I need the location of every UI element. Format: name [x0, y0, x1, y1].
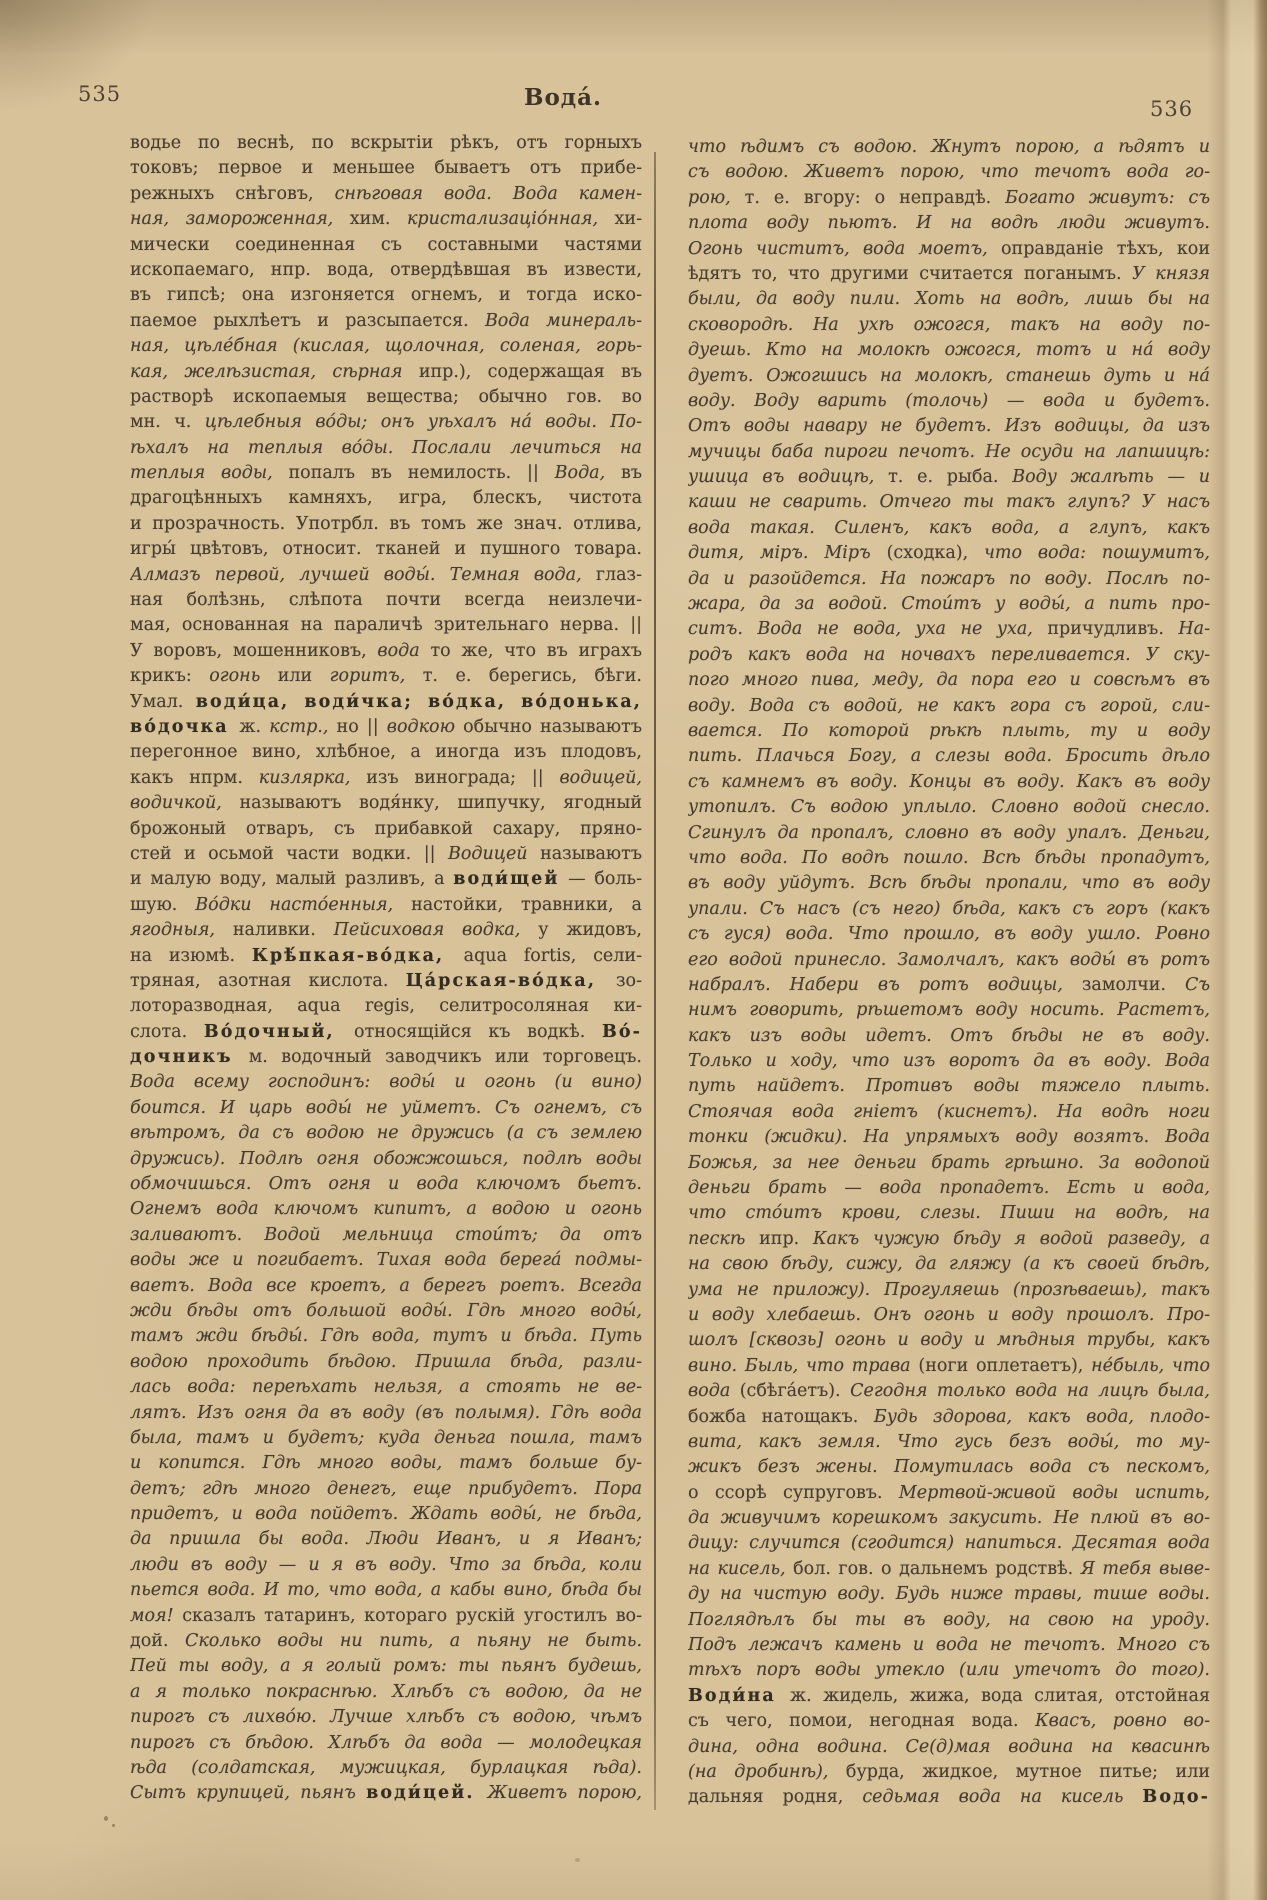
body-text: огонь: [209, 666, 277, 686]
body-text: оправданіе тѣхъ, кои: [1001, 239, 1210, 259]
body-text: пирогъ съ бѣдою. Хлѣбъ да вода — молодец…: [130, 1733, 642, 1753]
text-line: Алмазъ первой, лучшей воды́. Темная вода…: [130, 563, 642, 588]
text-line: какъ нпрм. кизлярка, изъ винограда; || в…: [130, 766, 642, 791]
body-text: стей и осьмой части водки. ||: [130, 844, 448, 864]
body-text: вода такая. Силенъ, какъ вода, а глупъ, …: [688, 518, 1210, 538]
body-text: На-: [1178, 619, 1210, 639]
body-text: пьется вода. И то, что вода, а кабы вино…: [130, 1580, 642, 1600]
body-text: вается. По которой рѣкѣ плыть, ту и воду: [688, 721, 1210, 741]
text-line: лоторазводная, aqua regis, селитросоляна…: [130, 994, 642, 1019]
body-text: деньги брать — вода пропадетъ. Есть и во…: [688, 1178, 1210, 1198]
body-text: У воровъ, мошенниковъ,: [130, 641, 377, 661]
body-text: попалъ въ немилость. ||: [289, 463, 555, 483]
text-line: ушица въ водицѣ, т. е. рыба. Воду жалѣть…: [688, 465, 1210, 490]
body-text: что вода. По водѣ пошло. Всѣ бѣды пропад…: [688, 848, 1210, 868]
body-text: Богато живутъ: съ: [1005, 188, 1210, 208]
text-line: режныхъ снѣговъ, снѣговая вода. Вода кам…: [130, 182, 642, 207]
body-text: мучицы баба пироги печотъ. Не осуди на л…: [688, 442, 1210, 462]
body-text: моя!: [130, 1606, 182, 1626]
body-text: м. водочный заводчикъ или торговецъ.: [249, 1047, 642, 1067]
body-text: дицу: случится (сгодится) напиться. Деся…: [688, 1533, 1210, 1553]
body-text: дитя, міръ. Міръ: [688, 543, 887, 563]
text-line: водичкой, называютъ водя́нку, шипучку, я…: [130, 791, 642, 816]
body-text: плота воду пьютъ. И на водѣ люди живутъ.: [688, 213, 1210, 233]
body-text: лоторазводная, aqua regis, селитросоляна…: [130, 996, 642, 1016]
body-text: ѣхалъ на теплыя во́ды. Послали лечиться …: [130, 438, 642, 458]
text-line: пирогъ съ бѣдою. Хлѣбъ да вода — молодец…: [130, 1731, 642, 1756]
body-text: бурда, жидкое, мутное питье; или: [846, 1762, 1210, 1782]
body-text: боится. И царь воды́ не уйметъ. Съ огнем…: [130, 1098, 642, 1118]
text-line: и копится. Гдѣ много воды, тамъ больше б…: [130, 1451, 642, 1476]
body-text: воду. Вода съ водой, не какъ гора съ гор…: [688, 696, 1210, 716]
body-text: водкою: [387, 717, 463, 737]
text-line: дочникъ м. водочный заводчикъ или торгов…: [130, 1045, 642, 1070]
body-text: Будь здорова, какъ вода, плодо-: [874, 1407, 1210, 1427]
body-text: дуешь. Кто на молокѣ ожогся, тотъ и на́ …: [688, 340, 1210, 360]
body-text: шую.: [130, 895, 195, 915]
column-divider-rule: [654, 152, 656, 1810]
body-text: паемое рыхлѣетъ и разсыпается.: [130, 311, 485, 331]
body-text: упали. Съ насъ (съ него) бѣда, какъ съ г…: [688, 899, 1210, 919]
body-text: Стоячая вода гніетъ (киснетъ). На водѣ н…: [688, 1102, 1210, 1122]
ink-speck: [104, 1816, 108, 1821]
body-text: настойки, травники, а: [411, 895, 642, 915]
body-text: (сбѣга́етъ).: [740, 1381, 850, 1401]
text-line: драгоцѣнныхъ камняхъ, игра, блескъ, чист…: [130, 486, 642, 511]
body-text: путь найдетъ. Противъ воды тяжело плыть.: [688, 1076, 1210, 1096]
body-text: Поглядѣлъ бы ты въ воду, на свою на урод…: [688, 1610, 1210, 1630]
text-line: рою, т. е. вгору: о неправдѣ. Богато жив…: [688, 186, 1210, 211]
headword-text: Во́-: [602, 1022, 642, 1042]
body-text: ипр.: [759, 1229, 813, 1249]
text-line: плота воду пьютъ. И на водѣ люди живутъ.: [688, 211, 1210, 236]
text-line: дицу: случится (сгодится) напиться. Деся…: [688, 1531, 1210, 1556]
body-text: дружись). Подлѣ огня обожжошься, подлѣ в…: [130, 1149, 642, 1169]
body-text: сказалъ татаринъ, котораго рускій угости…: [182, 1606, 642, 1626]
text-line: съ гуся) вода. Что прошло, въ воду ушло.…: [688, 922, 1210, 947]
body-text: У князя: [1132, 264, 1210, 284]
body-text: Вода,: [555, 463, 621, 483]
text-line: шую. Во́дки насто́енныя, настойки, травн…: [130, 893, 642, 918]
text-line: каши не сварить. Отчего ты такъ глупъ? У…: [688, 490, 1210, 515]
body-text: вѣтромъ, да съ водою не дружись (а съ зе…: [130, 1123, 642, 1143]
body-text: заливаютъ. Водой мельница стои́тъ; да от…: [130, 1225, 642, 1245]
text-line: о ссорѣ супруговъ. Мертвой-живой воды ис…: [688, 1481, 1210, 1506]
headword-text: води́ца, води́чка; во́дка, во́донька,: [196, 692, 642, 712]
text-line: ду на чистую воду. Будь ниже травы, тише…: [688, 1582, 1210, 1607]
body-text: крикъ:: [130, 666, 209, 686]
text-line: были, да воду пили. Хоть на водѣ, лишь б…: [688, 287, 1210, 312]
body-text: утопилъ. Съ водою уплыло. Словно водой с…: [688, 797, 1210, 817]
text-line: Только и ходу, что изъ воротъ да въ воду…: [688, 1049, 1210, 1074]
text-line: Сгинулъ да пропалъ, словно въ воду упалъ…: [688, 821, 1210, 846]
body-text: кристализаціо́нная,: [407, 209, 615, 229]
body-text: Во́дки насто́енныя,: [195, 895, 411, 915]
body-text: лась вода: переѣхать нельзя, а стоять не…: [130, 1377, 642, 1397]
body-text: ная болѣзнь, слѣпота почти всегда неизле…: [130, 590, 642, 610]
body-text: Съ: [1185, 975, 1210, 995]
body-text: придетъ, и вода пойдетъ. Ждать воды́, не…: [130, 1504, 642, 1524]
ink-speck: [575, 1858, 580, 1862]
body-text: изъ винограда; ||: [366, 768, 559, 788]
body-text: ипр.), содержащая въ: [419, 362, 642, 382]
text-line: и прозрачность. Употрбл. въ томъ же знач…: [130, 512, 642, 537]
body-text: Сытъ крупицей, пьянъ: [130, 1783, 366, 1803]
body-text: Алмазъ первой, лучшей воды́. Темная вода…: [130, 565, 596, 585]
body-text: игры́ цвѣтовъ, относит. тканей и пушного…: [130, 539, 642, 559]
ink-speck: [112, 1824, 115, 1827]
text-line: Огнемъ вода ключомъ кипитъ, а водою и ог…: [130, 1197, 642, 1222]
text-line: Пей ты воду, а я голый ромъ: ты пьянъ бу…: [130, 1654, 642, 1679]
body-text: воду. Воду варить (толочь) — вода и буде…: [688, 391, 1210, 411]
text-line: ѣхалъ на теплыя во́ды. Послали лечиться …: [130, 436, 642, 461]
body-text: у жидовъ,: [538, 920, 642, 940]
text-line: Огонь чиститъ, вода моетъ, оправданіе тѣ…: [688, 237, 1210, 262]
text-line: Стоячая вода гніетъ (киснетъ). На водѣ н…: [688, 1100, 1210, 1125]
body-text: Только и ходу, что изъ воротъ да въ воду…: [688, 1051, 1210, 1071]
text-line: мически соединенная съ составными частям…: [130, 233, 642, 258]
text-line: Сытъ крупицей, пьянъ води́цей. Живетъ по…: [130, 1781, 642, 1806]
body-text: Пей ты воду, а я голый ромъ: ты пьянъ бу…: [130, 1656, 642, 1676]
text-line: дуешь. Кто на молокѣ ожогся, тотъ и на́ …: [688, 338, 1210, 363]
text-line: Подъ лежачъ камень и вода не течотъ. Мно…: [688, 1633, 1210, 1658]
body-text: не́быль, что: [1091, 1356, 1210, 1376]
text-line: ная, цѣле́бная (кислая, щолочная, солена…: [130, 334, 642, 359]
text-line: набралъ. Набери въ ротъ водицы, замолчи.…: [688, 973, 1210, 998]
body-text: съ гуся) вода. Что прошло, въ воду ушло.…: [688, 924, 1210, 944]
body-text: Водицей: [448, 844, 540, 864]
text-line: водою проходить бѣдою. Пришла бѣда, разл…: [130, 1350, 642, 1375]
text-line: съ чего, помои, негодная вода. Квасъ, ро…: [688, 1709, 1210, 1734]
body-text: снѣговая вода. Вода камен-: [335, 184, 642, 204]
text-line: жара, да за водой. Стои́тъ у воды́, а пи…: [688, 592, 1210, 617]
body-text: относящійся къ водкѣ.: [354, 1022, 602, 1042]
body-text: Отъ воды навару не будетъ. Изъ водицы, д…: [688, 416, 1210, 436]
body-text: ума не приложу). Прогуляешь (прозѣваешь)…: [688, 1280, 1210, 1300]
text-line: нимъ говорить, рѣшетомъ воду носить. Рас…: [688, 998, 1210, 1023]
text-line: Води́на ж. жидель, жижа, вода слитая, от…: [688, 1684, 1210, 1709]
body-text: Сколько воды ни пить, а пьяну не быть.: [185, 1631, 642, 1651]
text-line: тряная, азотная кислота. Ца́рская-во́дка…: [130, 969, 642, 994]
body-text: жикъ безъ жены. Помутилась вода съ песко…: [688, 1457, 1210, 1477]
right-column-text: что ѣдимъ съ водою. Жнутъ порою, а ѣдятъ…: [688, 135, 1210, 1811]
body-text: дина, одна водина. Се(д)мая водина на кв…: [688, 1737, 1210, 1757]
text-line: ная, замороженная, хим. кристализаціо́нн…: [130, 207, 642, 232]
body-text: тряная, азотная кислота.: [130, 971, 406, 991]
text-line: тонки (жидки). На упрямыхъ воду возятъ. …: [688, 1125, 1210, 1150]
text-line: божба натощакъ. Будь здорова, какъ вода,…: [688, 1405, 1210, 1430]
body-text: шолъ [сквозь] огонь и воду и мѣдныя труб…: [688, 1330, 1210, 1350]
body-text: жара, да за водой. Стои́тъ у воды́, а пи…: [688, 594, 1210, 614]
text-line: ягодныя, наливки. Пейсиховая водка, у жи…: [130, 918, 642, 943]
text-line: лятъ. Изъ огня да въ воду (въ полымя). Г…: [130, 1401, 642, 1426]
body-text: водицей,: [560, 768, 642, 788]
text-line: на кисель, бол. гов. о дальнемъ родствѣ.…: [688, 1557, 1210, 1582]
running-title: Вода́.: [524, 84, 602, 111]
body-text: пить. Плачься Богу, а слезы вода. Бросит…: [688, 746, 1210, 766]
body-text: какъ нпрм.: [130, 768, 259, 788]
body-text: теплыя воды,: [130, 463, 289, 483]
text-line: Отъ воды навару не будетъ. Изъ водицы, д…: [688, 414, 1210, 439]
page-number-left: 535: [78, 82, 121, 106]
body-text: о ссорѣ супруговъ.: [688, 1483, 899, 1503]
body-text: а я только покраснѣю. Хлѣбъ съ водою, да…: [130, 1682, 642, 1702]
headword-text: води́цей.: [366, 1783, 487, 1803]
body-text: мая, основанная на параличѣ зрительнаго …: [130, 615, 642, 635]
text-line: какъ изъ воды идетъ. Отъ бѣды не въ воду…: [688, 1024, 1210, 1049]
body-text: ситъ. Вода не вода, уха не уха,: [688, 619, 1047, 639]
body-text: (на дробинѣ),: [688, 1762, 846, 1782]
text-line: тѣхъ поръ воды утекло (или утечотъ до то…: [688, 1658, 1210, 1683]
text-line: съ водою. Живетъ порою, что течотъ вода …: [688, 160, 1210, 185]
body-text: Сгинулъ да пропалъ, словно въ воду упалъ…: [688, 823, 1210, 843]
text-line: дуетъ. Ожогшись на молокѣ, станешь дуть …: [688, 364, 1210, 389]
body-text: Божья, за нее деньги брать грѣшно. За во…: [688, 1153, 1210, 1173]
text-line: слота. Во́дочный, относящійся къ водкѣ. …: [130, 1020, 642, 1045]
text-line: во́дочка ж. кстр., но || водкою обычно н…: [130, 715, 642, 740]
body-text: Мертвой-живой воды испить,: [899, 1483, 1210, 1503]
text-line: дитя, міръ. Міръ (сходка), что вода: пош…: [688, 541, 1210, 566]
headword-text: води́щей: [453, 869, 559, 889]
text-line: упали. Съ насъ (съ него) бѣда, какъ съ г…: [688, 897, 1210, 922]
body-text: въ воду уйдутъ. Всѣ бѣды пропали, что въ…: [688, 873, 1210, 893]
body-text: лятъ. Изъ огня да въ воду (въ полымя). Г…: [130, 1403, 642, 1423]
body-text: рою,: [688, 188, 745, 208]
scanned-page: 535 Вода́. 536 водье по веснѣ, по вскрыт…: [0, 0, 1267, 1900]
headword-text: Во́дочный,: [204, 1022, 354, 1042]
text-line: что вода. По водѣ пошло. Всѣ бѣды пропад…: [688, 846, 1210, 871]
body-text: тонки (жидки). На упрямыхъ воду возятъ. …: [688, 1127, 1210, 1147]
text-line: кая, желѣзистая, сѣрная ипр.), содержаща…: [130, 360, 642, 385]
text-line: была, тамъ и будетъ; куда деньга пошла, …: [130, 1426, 642, 1451]
text-line: воды же и погибаетъ. Тихая вода берега́ …: [130, 1248, 642, 1273]
body-text: съ чего, помои, негодная вода.: [688, 1711, 1035, 1731]
body-text: токовъ; первое и меньшее бываетъ отъ при…: [130, 158, 642, 178]
body-text: горитъ,: [330, 666, 423, 686]
body-text: его водой принесло. Замолчалъ, какъ воды…: [688, 950, 1210, 970]
body-text: Воду жалѣть — и: [1012, 467, 1210, 487]
body-text: съ водою. Живетъ порою, что течотъ вода …: [688, 162, 1210, 182]
text-line: лась вода: переѣхать нельзя, а стоять не…: [130, 1375, 642, 1400]
body-text: кая, желѣзистая, сѣрная: [130, 362, 419, 382]
text-line: воду. Вода съ водой, не какъ гора съ гор…: [688, 694, 1210, 719]
body-text: (сходка),: [887, 543, 984, 563]
text-line: вода такая. Силенъ, какъ вода, а глупъ, …: [688, 516, 1210, 541]
text-line: родъ какъ вода на ночвахъ переливается. …: [688, 643, 1210, 668]
body-text: Пейсиховая водка,: [334, 920, 539, 940]
text-line: ситъ. Вода не вода, уха не уха, причудли…: [688, 617, 1210, 642]
body-text: кстр.,: [269, 717, 336, 737]
body-text: ваетъ. Вода все кроетъ, а берегъ роетъ. …: [130, 1276, 642, 1296]
body-text: да живучимъ корешкомъ закусить. Не плюй …: [688, 1508, 1210, 1528]
body-text: нимъ говорить, рѣшетомъ воду носить. Рас…: [688, 1000, 1210, 1020]
text-line: заливаютъ. Водой мельница стои́тъ; да от…: [130, 1223, 642, 1248]
body-text: пескѣ: [688, 1229, 759, 1249]
body-text: и прозрачность. Употрбл. въ томъ же знач…: [130, 514, 642, 534]
text-line: въ гипсѣ; она изгоняется огнемъ, и тогда…: [130, 283, 642, 308]
text-line: брожоный отваръ, съ прибавкой сахару, пр…: [130, 817, 642, 842]
text-line: его водой принесло. Замолчалъ, какъ воды…: [688, 948, 1210, 973]
text-line: ѣдятъ то, что другими считается поганымъ…: [688, 262, 1210, 287]
body-text: жди бѣды отъ большой воды́. Гдѣ много во…: [130, 1301, 642, 1321]
body-text: Подъ лежачъ камень и вода не течотъ. Мно…: [688, 1635, 1210, 1655]
body-text: на свою бѣду, сижу, да гляжу (а къ своей…: [688, 1254, 1210, 1274]
text-line: утопилъ. Съ водою уплыло. Словно водой с…: [688, 795, 1210, 820]
text-line: деньги брать — вода пропадетъ. Есть и во…: [688, 1176, 1210, 1201]
text-line: на свою бѣду, сижу, да гляжу (а къ своей…: [688, 1252, 1210, 1277]
text-line: Вода всему господинъ: воды́ и огонь (и в…: [130, 1070, 642, 1095]
text-line: водье по веснѣ, по вскрытіи рѣкъ, отъ го…: [130, 131, 642, 156]
body-text: Умал.: [130, 692, 196, 712]
text-line: ваетъ. Вода все кроетъ, а берегъ роетъ. …: [130, 1274, 642, 1299]
text-line: да живучимъ корешкомъ закусить. Не плюй …: [688, 1506, 1210, 1531]
text-line: что ѣдимъ съ водою. Жнутъ порою, а ѣдятъ…: [688, 135, 1210, 160]
body-text: тамъ жди бѣды́. Гдѣ вода, тутъ и бѣда. П…: [130, 1326, 642, 1346]
body-text: водичкой,: [130, 793, 239, 813]
body-text: мн. ч.: [130, 412, 205, 432]
body-text: ж.: [239, 717, 269, 737]
body-text: растворѣ ископаемыя вещества; обычно гов…: [130, 387, 642, 407]
body-text: седьмая вода на кисель: [862, 1787, 1142, 1807]
text-line: токовъ; первое и меньшее бываетъ отъ при…: [130, 156, 642, 181]
body-text: Живетъ порою,: [487, 1783, 642, 1803]
text-line: дина, одна водина. Се(д)мая водина на кв…: [688, 1735, 1210, 1760]
text-line: обмочишься. Отъ огня и вода ключомъ бьет…: [130, 1172, 642, 1197]
body-text: кизлярка,: [259, 768, 366, 788]
body-text: ѣдятъ то, что другими считается поганымъ…: [688, 264, 1132, 284]
body-text: водою проходить бѣдою. Пришла бѣда, разл…: [130, 1352, 642, 1372]
text-line: да и разойдется. На пожаръ по воду. Посл…: [688, 567, 1210, 592]
body-text: съ камнемъ въ воду. Концы въ воду. Какъ …: [688, 772, 1210, 792]
left-column-text: водье по веснѣ, по вскрытіи рѣкъ, отъ го…: [130, 131, 642, 1807]
body-text: пирогъ съ лихво́ю. Лучше хлѣбъ съ водою,…: [130, 1707, 642, 1727]
body-text: т. е. вгору: о неправдѣ.: [745, 188, 1005, 208]
body-text: брожоный отваръ, съ прибавкой сахару, пр…: [130, 819, 642, 839]
body-text: драгоцѣнныхъ камняхъ, игра, блескъ, чист…: [130, 488, 642, 508]
text-line: дружись). Подлѣ огня обожжошься, подлѣ в…: [130, 1147, 642, 1172]
body-text: причудливъ.: [1047, 619, 1178, 639]
text-line: что сто́итъ крови, слезы. Пиши на водѣ, …: [688, 1201, 1210, 1226]
text-line: игры́ цвѣтовъ, относит. тканей и пушного…: [130, 537, 642, 562]
body-text: замолчи.: [1082, 975, 1185, 995]
body-text: въ: [621, 463, 642, 483]
body-text: называютъ водя́нку, шипучку, ягодный: [239, 793, 642, 813]
body-text: т. е. рыба.: [888, 467, 1012, 487]
body-text: тѣхъ поръ воды утекло (или утечотъ до то…: [688, 1660, 1210, 1680]
text-line: а я только покраснѣю. Хлѣбъ съ водою, да…: [130, 1680, 642, 1705]
text-line: ископаемаго, нпр. вода, отвердѣвшая въ и…: [130, 258, 642, 283]
text-line: паемое рыхлѣетъ и разсыпается. Вода мине…: [130, 309, 642, 334]
text-line: перегонное вино, хлѣбное, а иногда изъ п…: [130, 740, 642, 765]
text-line: люди въ воду — и я въ воду. Что за бѣда,…: [130, 1553, 642, 1578]
headword-text: во́дочка: [130, 717, 239, 737]
body-text: т. е. берегись, бѣги.: [423, 666, 642, 686]
body-text: Огнемъ вода ключомъ кипитъ, а водою и ог…: [130, 1199, 642, 1219]
text-line: ѣда (солдатская, мужицкая, бурлацкая ѣда…: [130, 1756, 642, 1781]
body-text: пого много пива, меду, да пора его и сов…: [688, 670, 1210, 690]
body-text: Вода всему господинъ: воды́ и огонь (и в…: [130, 1072, 642, 1092]
body-text: да пришла бы вода. Люди Иванъ, и я Иванъ…: [130, 1529, 642, 1549]
body-text: наливки.: [233, 920, 334, 940]
text-line: вается. По которой рѣкѣ плыть, ту и воду: [688, 719, 1210, 744]
text-line: придетъ, и вода пойдетъ. Ждать воды́, не…: [130, 1502, 642, 1527]
body-text: вода: [377, 641, 430, 661]
page-number-right: 536: [1150, 97, 1193, 121]
body-text: сковородѣ. На ухѣ ожогся, такъ на воду п…: [688, 315, 1210, 335]
headword-text: Води́на: [688, 1686, 790, 1706]
body-text: Огонь чиститъ, вода моетъ,: [688, 239, 1001, 259]
body-text: но ||: [337, 717, 387, 737]
body-text: aqua fortis, сели-: [464, 946, 642, 966]
body-text: да и разойдется. На пожаръ по воду. Посл…: [688, 569, 1210, 589]
body-text: божба натощакъ.: [688, 1407, 874, 1427]
headword-text: Крѣ́пкая-во́дка,: [252, 946, 464, 966]
text-line: моя! сказалъ татаринъ, котораго рускій у…: [130, 1604, 642, 1629]
body-text: — боль-: [559, 869, 642, 889]
text-line: растворѣ ископаемыя вещества; обычно гов…: [130, 385, 642, 410]
text-line: Божья, за нее деньги брать грѣшно. За во…: [688, 1151, 1210, 1176]
body-text: мически соединенная съ составными частям…: [130, 235, 642, 255]
body-text: вино. Быль, что трава: [688, 1356, 918, 1376]
body-text: какъ изъ воды идетъ. Отъ бѣды не въ воду…: [688, 1026, 1210, 1046]
text-line: (на дробинѣ), бурда, жидкое, мутное пить…: [688, 1760, 1210, 1785]
headword-text: Водо-: [1142, 1787, 1210, 1807]
text-line: ума не приложу). Прогуляешь (прозѣваешь)…: [688, 1278, 1210, 1303]
body-text: ная, замороженная,: [130, 209, 350, 229]
body-text: Какъ чужую бѣду я водой разведу, а: [813, 1229, 1210, 1249]
text-line: и малую воду, малый разливъ, а води́щей …: [130, 867, 642, 892]
body-text: ископаемаго, нпр. вода, отвердѣвшая въ и…: [130, 260, 642, 280]
body-text: и воду хлебаешь. Онъ огонь и воду прошол…: [688, 1305, 1210, 1325]
text-line: Поглядѣлъ бы ты въ воду, на свою на урод…: [688, 1608, 1210, 1633]
body-text: и малую воду, малый разливъ, а: [130, 869, 453, 889]
text-line: сковородѣ. На ухѣ ожогся, такъ на воду п…: [688, 313, 1210, 338]
body-text: были, да воду пили. Хоть на водѣ, лишь б…: [688, 289, 1210, 309]
text-line: Умал. води́ца, води́чка; во́дка, во́донь…: [130, 690, 642, 715]
body-text: режныхъ снѣговъ,: [130, 184, 335, 204]
text-line: на изюмѣ. Крѣ́пкая-во́дка, aqua fortis, …: [130, 944, 642, 969]
body-text: дой.: [130, 1631, 185, 1651]
body-text: цѣлебныя во́ды; онъ уѣхалъ на́ воды. По-: [205, 412, 642, 432]
body-text: ягодныя,: [130, 920, 233, 940]
text-line: жикъ безъ жены. Помутилась вода съ песко…: [688, 1455, 1210, 1480]
body-text: люди въ воду — и я въ воду. Что за бѣда,…: [130, 1555, 642, 1575]
body-text: Сегодня только вода на лицѣ была,: [850, 1381, 1210, 1401]
body-text: Квасъ, ровно во-: [1035, 1711, 1210, 1731]
text-line: дой. Сколько воды ни пить, а пьяну не бы…: [130, 1629, 642, 1654]
body-text: родъ какъ вода на ночвахъ переливается. …: [688, 645, 1210, 665]
text-line: мая, основанная на параличѣ зрительнаго …: [130, 613, 642, 638]
body-text: вода: [688, 1381, 740, 1401]
headword-text: дочникъ: [130, 1047, 249, 1067]
body-text: хи-: [615, 209, 642, 229]
body-text: набралъ. Набери въ ротъ водицы,: [688, 975, 1082, 995]
body-text: каши не сварить. Отчего ты такъ глупъ? У…: [688, 492, 1210, 512]
text-line: вѣтромъ, да съ водою не дружись (а съ зе…: [130, 1121, 642, 1146]
text-line: вино. Быль, что трава (ноги оплетаетъ), …: [688, 1354, 1210, 1379]
body-text: то же, что въ играхъ: [430, 641, 642, 661]
text-line: пьется вода. И то, что вода, а кабы вино…: [130, 1578, 642, 1603]
body-text: дальняя родня,: [688, 1787, 862, 1807]
body-text: водье по веснѣ, по вскрытіи рѣкъ, отъ го…: [130, 133, 642, 153]
text-line: пого много пива, меду, да пора его и сов…: [688, 668, 1210, 693]
text-line: крикъ: огонь или горитъ, т. е. берегись,…: [130, 664, 642, 689]
text-line: мн. ч. цѣлебныя во́ды; онъ уѣхалъ на́ во…: [130, 410, 642, 435]
body-text: ду на чистую воду. Будь ниже травы, тише…: [688, 1584, 1210, 1604]
text-line: вода (сбѣга́етъ). Сегодня только вода на…: [688, 1379, 1210, 1404]
body-text: глаз-: [596, 565, 642, 585]
text-line: боится. И царь воды́ не уйметъ. Съ огнем…: [130, 1096, 642, 1121]
